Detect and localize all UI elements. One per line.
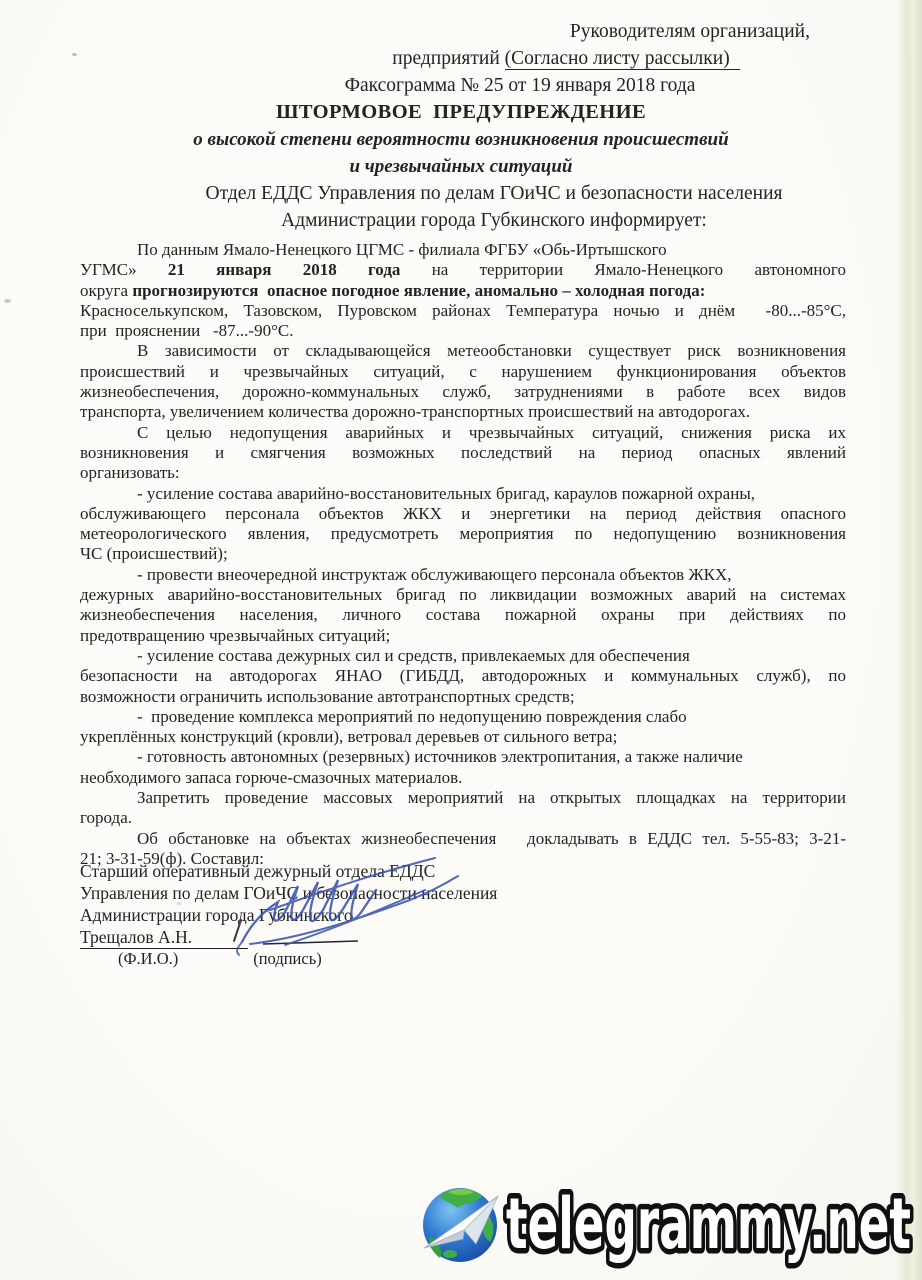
text-line: Запретить проведение массовых мероприяти… [80,788,846,808]
addressee-line-2-prefix: предприятий [392,48,504,69]
paragraph: По данным Ямало-Ненецкого ЦГМС - филиала… [80,240,846,341]
paragraph: Запретить проведение массовых мероприяти… [80,788,846,829]
text-line: По данным Ямало-Ненецкого ЦГМС - филиала… [80,240,846,260]
paragraph: - провести внеочередной инструктаж обслу… [80,565,846,646]
signature-label: (подпись) [253,949,322,968]
text-line: возникновения и смягчения возможных посл… [80,443,846,463]
org-line-2: Администрации города Губкинского информи… [66,207,922,234]
text-line: происшествий и чрезвычайных ситуаций, с … [80,362,846,382]
composer-name: Трещалов А.Н. [80,926,248,949]
watermark-text: telegrammy.net [506,1183,911,1265]
addressee-line-2: предприятий (Согласно листу рассылки) [210,45,922,72]
text-line: метеорологического явления, предусмотрет… [80,524,846,544]
addressee-line-1: Руководителям организаций, [0,18,922,45]
text-line: УГМС» 21 января 2018 года на территории … [80,260,846,280]
text-line: предотвращению чрезвычайных ситуаций; [80,626,846,646]
org-line-1: Отдел ЕДДС Управления по делам ГОиЧС и б… [66,180,922,207]
text-line: Об обстановке на объектах жизнеобеспечен… [80,829,846,849]
subtitle-line-1: о высокой степени вероятности возникнове… [0,126,922,153]
text-line: В зависимости от складывающейся метеообс… [80,341,846,361]
text-line: жизнеобеспечения, дорожно-коммунальных с… [80,382,846,402]
document-title: ШТОРМОВОЕ ПРЕДУПРЕЖДЕНИЕ [0,99,922,126]
watermark-logo-and-text: telegrammy.net [418,1182,918,1276]
paragraph: - усиление состава дежурных сил и средст… [80,646,846,707]
text-line: организовать: [80,463,846,483]
fax-number-line: Факсограмма № 25 от 19 января 2018 года [118,72,922,99]
text-line: - проведение комплекса мероприятий по не… [80,707,846,727]
composer-line-2: Управления по делам ГОиЧС и безопасности… [80,882,780,904]
paragraph: - усиление состава аварийно-восстановите… [80,484,846,565]
paragraph: - готовность автономных (резервных) исто… [80,747,846,788]
text-line: дежурных аварийно-восстановительных бриг… [80,585,846,605]
text-line: округа прогнозируются опасное погодное я… [80,281,846,301]
scanned-document-page: Руководителям организаций, предприятий (… [0,0,922,1280]
subtitle-line-2: и чрезвычайных ситуаций [0,153,922,180]
fio-label: (Ф.И.О.) [118,949,178,968]
watermark: telegrammy.net [418,1182,918,1276]
text-line: необходимого запаса горюче-смазочных мат… [80,768,846,788]
text-line: ЧС (происшествий); [80,544,846,564]
document-body: По данным Ямало-Ненецкого ЦГМС - филиала… [80,240,846,869]
composer-line-1: Старший оперативный дежурный отдела ЕДДС [80,860,780,882]
distribution-list-note: (Согласно листу рассылки) [505,48,740,70]
document-header: Руководителям организаций, предприятий (… [0,18,922,234]
text-line: обслуживающего персонала объектов ЖКХ и … [80,504,846,524]
text-line: С целью недопущения аварийных и чрезвыча… [80,423,846,443]
paragraph: В зависимости от складывающейся метеообс… [80,341,846,422]
signature-labels-row: (Ф.И.О.)(подпись) [80,948,780,970]
text-line: возможности ограничить использование авт… [80,687,846,707]
text-line: укреплённых конструкций (кровли), ветров… [80,727,846,747]
text-line: - провести внеочередной инструктаж обслу… [80,565,846,585]
text-line: при прояснении -87...-90°С. [80,321,846,341]
composer-name-line: Трещалов А.Н. [80,926,780,948]
text-line: транспорта, увеличением количества дорож… [80,402,846,422]
text-line: города. [80,808,846,828]
paragraph: С целью недопущения аварийных и чрезвыча… [80,423,846,484]
composer-line-3: Администрации города Губкинского [80,904,780,926]
scan-smudge [4,299,11,303]
text-line: - усиление состава аварийно-восстановите… [80,484,846,504]
text-line: безопасности на автодорогах ЯНАО (ГИБДД,… [80,666,846,686]
text-line: - готовность автономных (резервных) исто… [80,747,846,767]
document-footer: Старший оперативный дежурный отдела ЕДДС… [80,860,780,970]
paragraph: - проведение комплекса мероприятий по не… [80,707,846,748]
text-line: Красноселькупском, Тазовском, Пуровском … [80,301,846,321]
text-line: жизнеобеспечения населения, личного сост… [80,605,846,625]
text-line: - усиление состава дежурных сил и средст… [80,646,846,666]
